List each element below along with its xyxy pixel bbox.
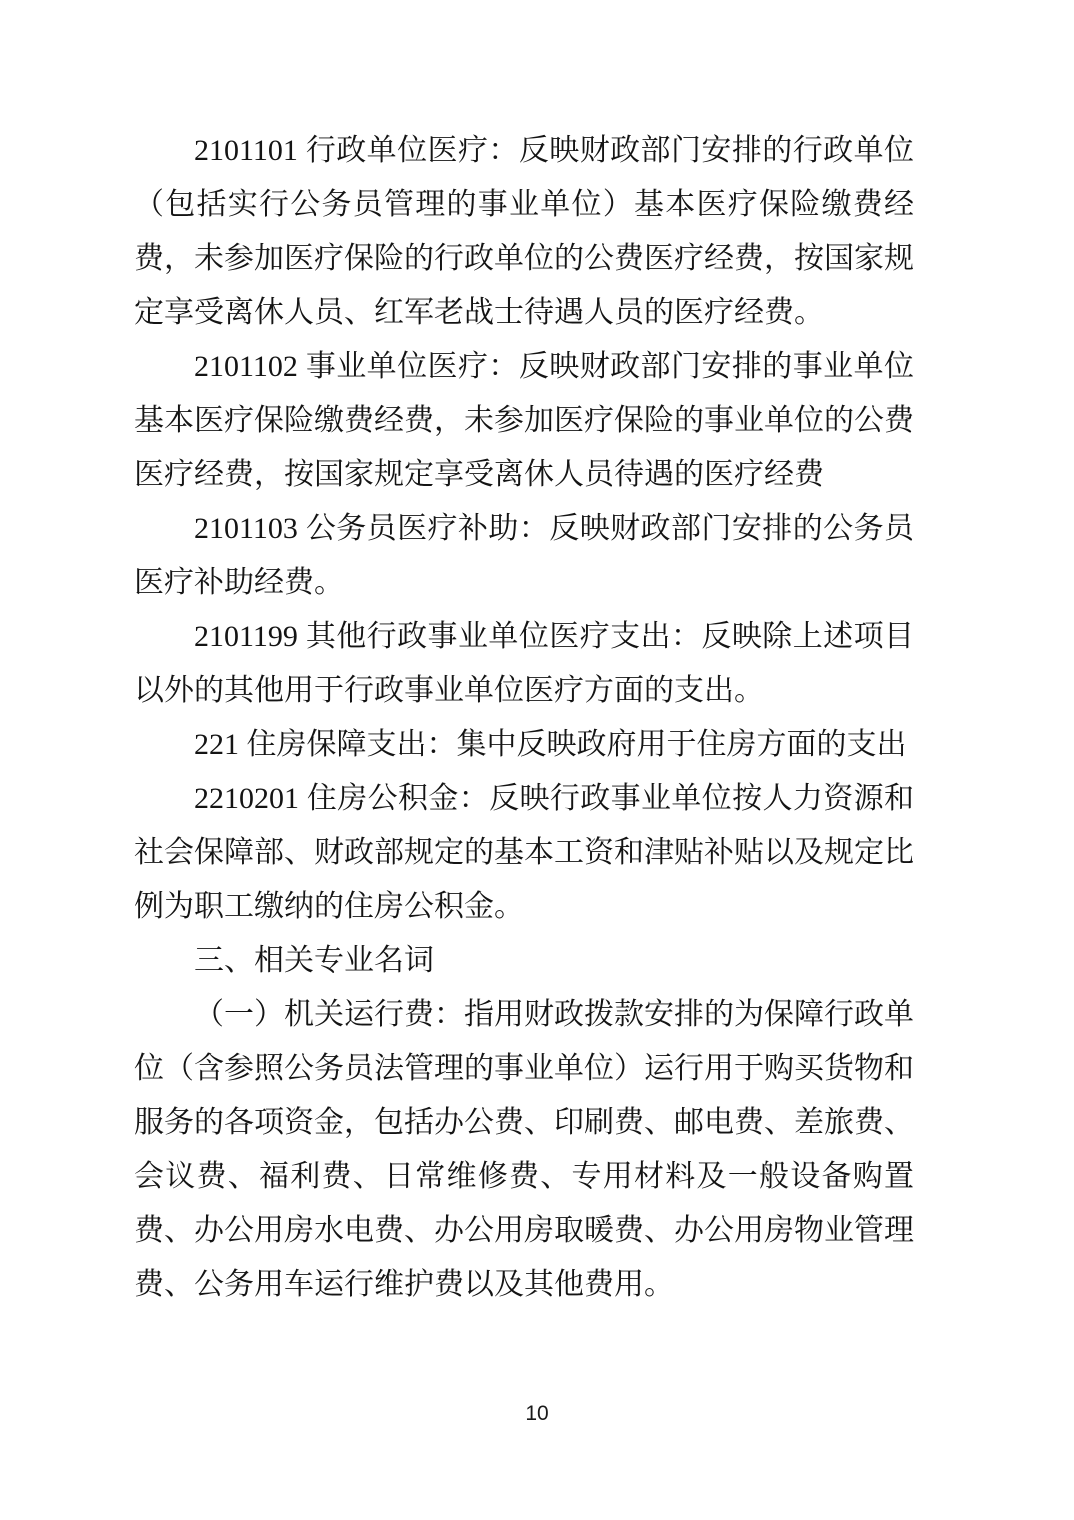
paragraph-2101101: 2101101 行政单位医疗：反映财政部门安排的行政单位（包括实行公务员管理的事…: [134, 124, 914, 340]
paragraph-jiguan-yunxingfei: （一）机关运行费：指用财政拨款安排的为保障行政单位（含参照公务员法管理的事业单位…: [134, 988, 914, 1312]
paragraph-2101199: 2101199 其他行政事业单位医疗支出：反映除上述项目以外的其他用于行政事业单…: [134, 610, 914, 718]
document-page: 2101101 行政单位医疗：反映财政部门安排的行政单位（包括实行公务员管理的事…: [0, 0, 1074, 1520]
page-number: 10: [525, 1402, 548, 1425]
section-heading-related-terms: 三、相关专业名词: [134, 934, 914, 988]
paragraph-221: 221 住房保障支出：集中反映政府用于住房方面的支出: [134, 718, 914, 772]
paragraph-2210201: 2210201 住房公积金：反映行政事业单位按人力资源和社会保障部、财政部规定的…: [134, 772, 914, 934]
document-body: 2101101 行政单位医疗：反映财政部门安排的行政单位（包括实行公务员管理的事…: [134, 124, 914, 1312]
page-footer: 10: [0, 1402, 1074, 1426]
paragraph-2101103: 2101103 公务员医疗补助：反映财政部门安排的公务员医疗补助经费。: [134, 502, 914, 610]
paragraph-2101102: 2101102 事业单位医疗：反映财政部门安排的事业单位基本医疗保险缴费经费，未…: [134, 340, 914, 502]
